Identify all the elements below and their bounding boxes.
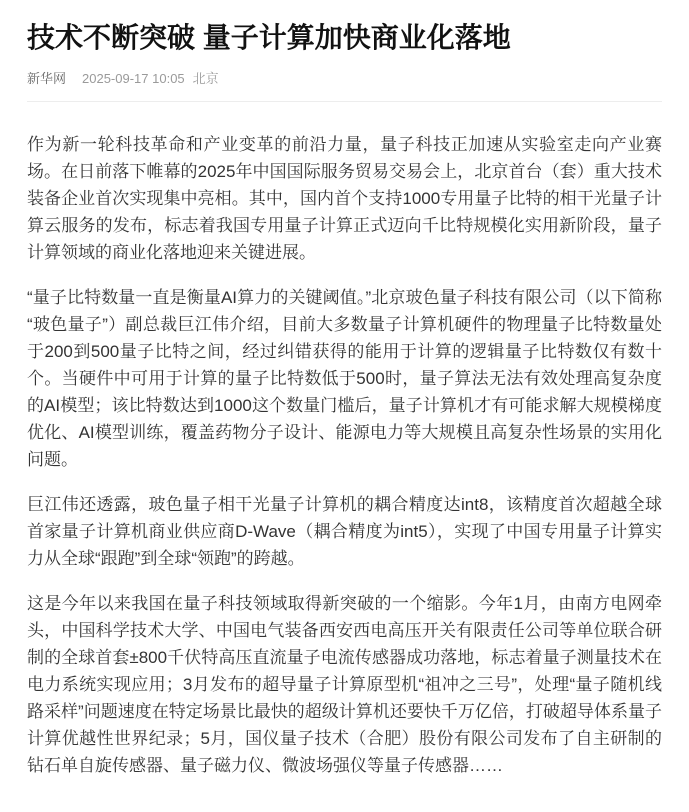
article-paragraph-1: 作为新一轮科技革命和产业变革的前沿力量，量子科技正加速从实验室走向产业赛场。在日… [27, 131, 662, 266]
article-title: 技术不断突破 量子计算加快商业化落地 [27, 20, 662, 56]
article-paragraph-4: 这是今年以来我国在量子科技领域取得新突破的一个缩影。今年1月，由南方电网牵头，中… [27, 590, 662, 779]
article-page: 技术不断突破 量子计算加快商业化落地 新华网2025-09-17 10:05北京… [0, 0, 689, 803]
source-label: 新华网 [27, 71, 66, 86]
publish-datetime: 2025-09-17 10:05 [82, 71, 185, 86]
article-paragraph-3: 巨江伟还透露，玻色量子相干光量子计算机的耦合精度达int8，该精度首次超越全球首… [27, 491, 662, 572]
article-body: 作为新一轮科技革命和产业变革的前沿力量，量子科技正加速从实验室走向产业赛场。在日… [27, 102, 662, 779]
article-meta: 新华网2025-09-17 10:05北京 [27, 71, 662, 87]
article-paragraph-2: “量子比特数量一直是衡量AI算力的关键阈值。”北京玻色量子科技有限公司（以下简称… [27, 284, 662, 473]
publish-location: 北京 [193, 71, 219, 86]
